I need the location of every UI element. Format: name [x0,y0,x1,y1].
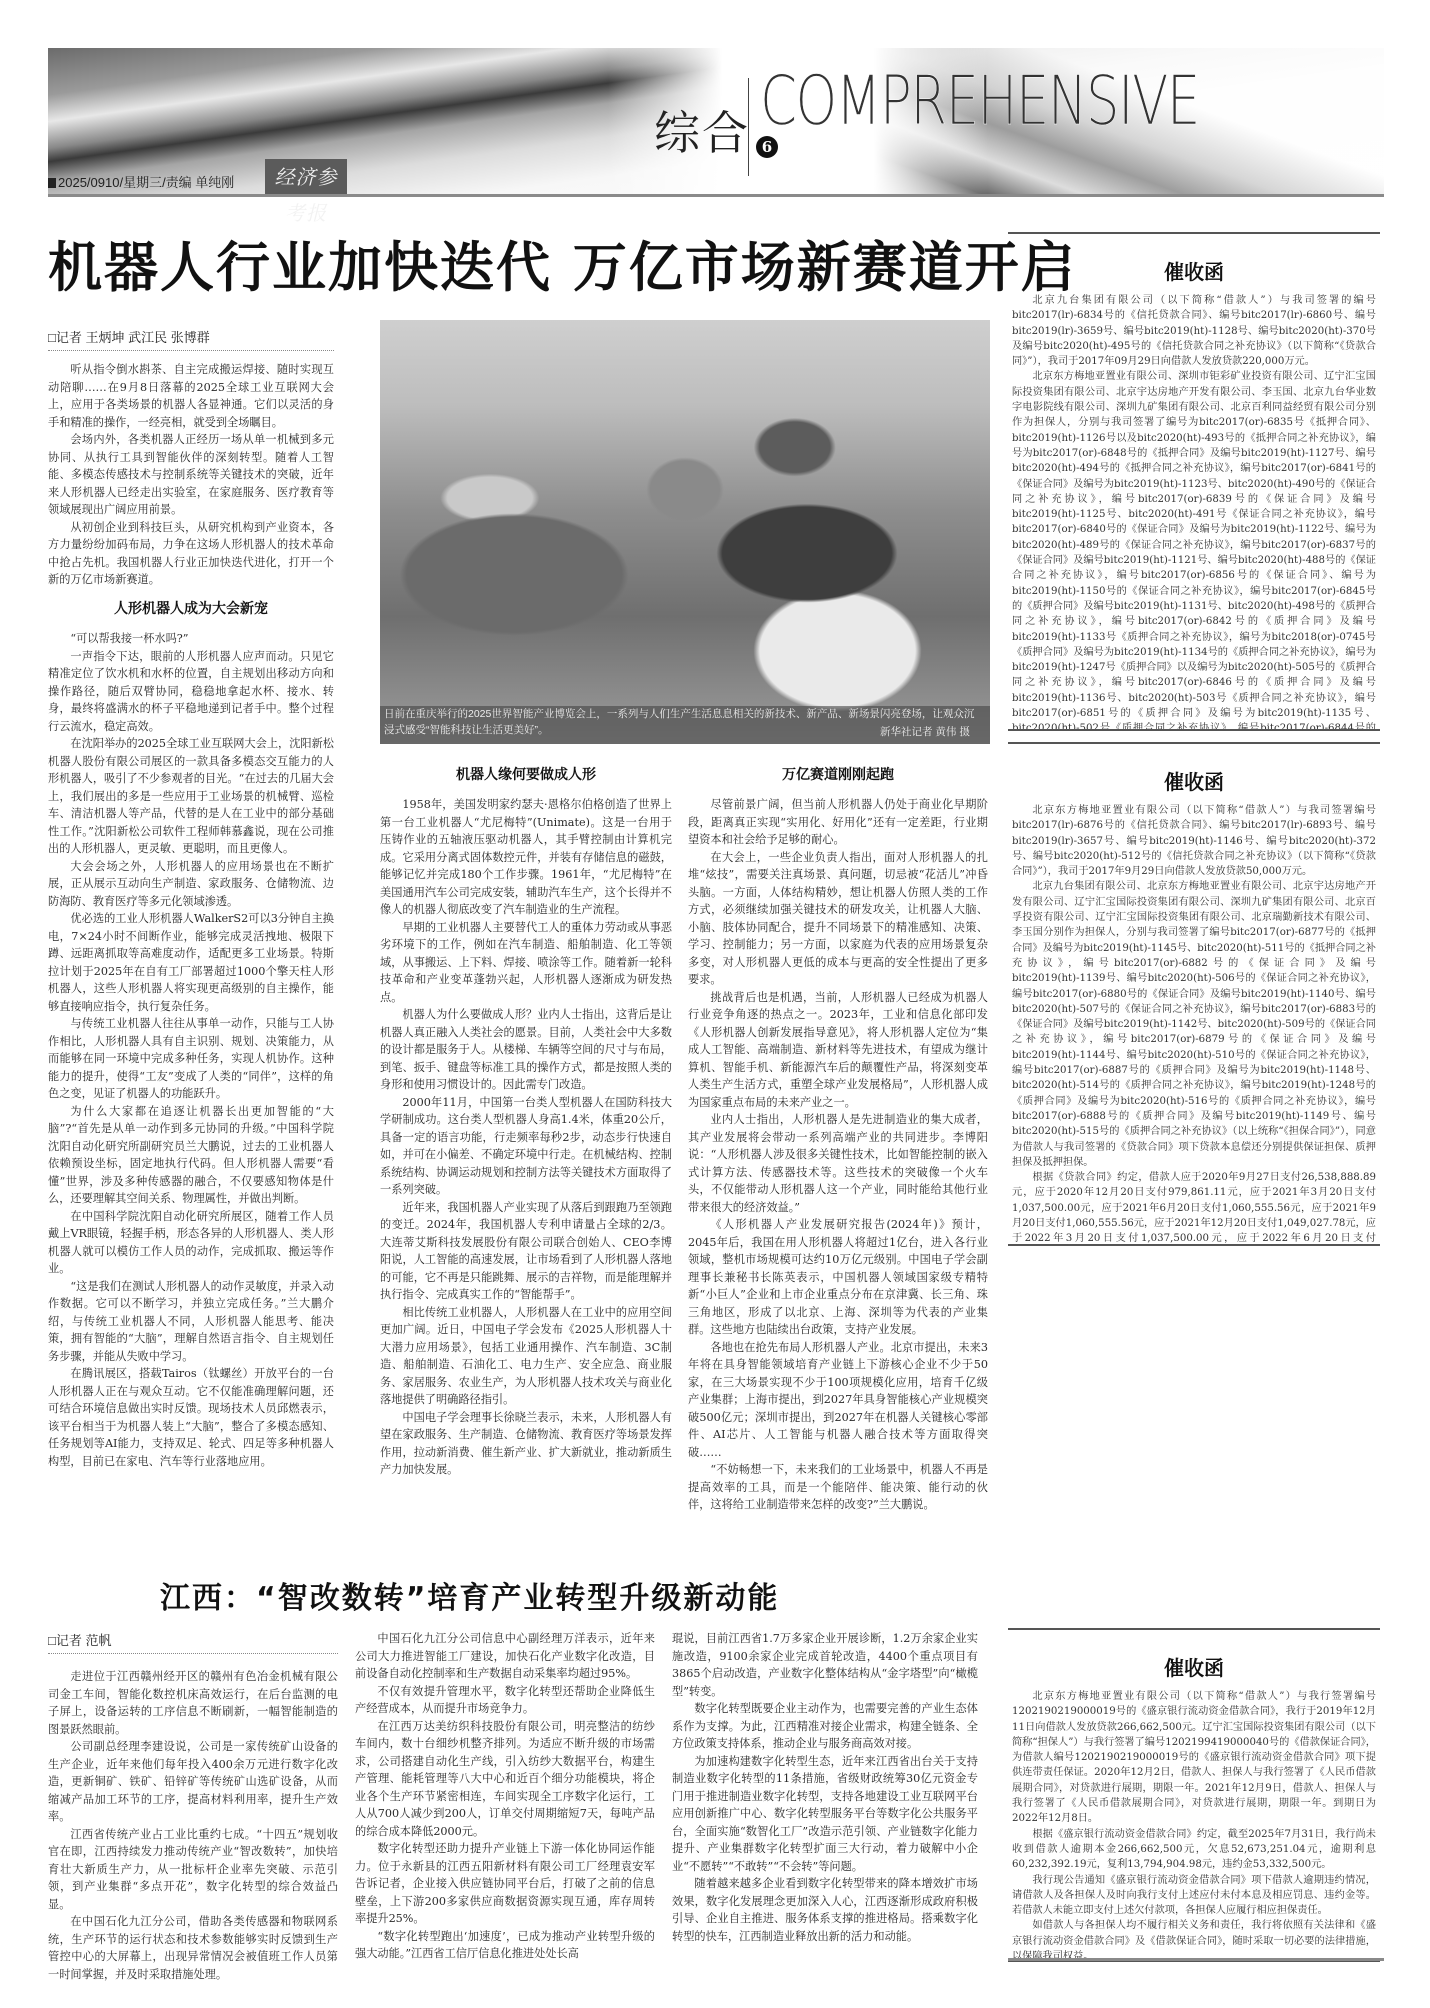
paragraph: 优必选的工业人形机器人WalkerS2可以3分钟自主换电，7×24小时不间断作业… [48,910,334,1015]
section-divider [748,78,749,176]
paragraph: 北京九台集团有限公司（以下简称“借款人”）与我司签署的编号bitc2017(lr… [1012,293,1376,369]
paragraph: 随着越来越多企业看到数字化转型带来的降本增效扩市场效果，数字化发展理念更加深入人… [672,1875,978,1945]
news-photo-robot-handshake [380,320,990,744]
paragraph: 不仅有效提升管理水平，数字化转型还帮助企业降低生产经营成本，从而提升市场竞争力。 [355,1683,655,1718]
photo-credit: 新华社记者 黄伟 摄 [880,724,970,739]
paragraph: 2000年11月，中国第一台类人型机器人在国防科技大学研制成功。这台类人型机器人… [380,1094,672,1199]
subheading: 机器人缘何要做成人形 [380,764,672,784]
paragraph: 北京东方梅地亚置业有限公司（以下简称“借款人”）与我行签署编号120219021… [1012,1689,1376,1827]
paragraph: 在中国石化九江分公司，借助各类传感器和物联网系统，生产环节的运行状态和技术参数能… [48,1913,338,1983]
paragraph: 在江西万达美纺织科技股份有限公司，明亮整洁的纺纱车间内，数十台细纱机整齐排列。为… [355,1718,655,1841]
collection-notice-2: 催收函 北京东方梅地亚置业有限公司（以下简称“借款人”）与我司签署编号bitc2… [1008,742,1380,1246]
paragraph: 琨说，目前江西省1.7万多家企业开展诊断，1.2万余家企业实施改造，9100余家… [672,1630,978,1700]
paragraph: “可以帮我接一杯水吗?” [48,630,334,648]
subheading: 人形机器人成为大会新宠 [48,601,334,619]
paragraph: “这是我们在测试人形机器人的动作灵敏度，并录入动作数据。它可以不断学习，并独立完… [48,1278,334,1366]
paragraph: “数字化转型跑出‘加速度’，已成为推动产业转型升级的强大动能。”江西省工信厅信息… [355,1928,655,1963]
section-title: 综合 [654,97,750,163]
main-headline: 机器人行业加快迭代 万亿市场新赛道开启 [48,225,1077,302]
bottom-rule [1008,1958,1384,1961]
notice-body: 北京九台集团有限公司（以下简称“借款人”）与我司签署的编号bitc2017(lr… [1008,293,1380,731]
paragraph: 一声指令下达，眼前的人形机器人应声而动。只见它精准定位了饮水机和水杯的位置，自主… [48,648,334,736]
paragraph: 北京东方梅地亚置业有限公司（以下简称“借款人”）与我司签署编号bitc2017(… [1012,803,1376,879]
paragraph: 1958年，美国发明家约瑟夫·恩格尔伯格创造了世界上第一台工业机器人“尤尼梅特”… [380,796,672,919]
paragraph: 大会会场之外，人形机器人的应用场景也在不断扩展，正从展示互动向生产制造、家政服务… [48,858,334,911]
article1-col3-body: 尽管前景广阔，但当前人形机器人仍处于商业化早期阶段，距离真正实现“实用化、好用化… [688,796,988,1514]
article1-column-3: 万亿赛道刚刚起跑 尽管前景广阔，但当前人形机器人仍处于商业化早期阶段，距离真正实… [688,760,988,1514]
article2-col1-body: 走进位于江西赣州经开区的赣州有色冶金机械有限公司金工车间，智能化数控机床高效运行… [48,1668,338,1983]
paragraph: “不妨畅想一下，未来我们的工业场景中，机器人不再是提高效率的工具，而是一个能陪伴… [688,1461,988,1514]
notice-title: 催收函 [1008,1652,1380,1681]
paragraph: 听从指令倒水斟茶、自主完成搬运焊接、随时实现互动陪聊……在9月8日落幕的2025… [48,361,334,431]
article2-col2-body: 中国石化九江分公司信息中心副经理万洋表示，近年来公司大力推进智能工厂建设，加快石… [355,1630,655,1963]
article2-col3-body: 琨说，目前江西省1.7万多家企业开展诊断，1.2万余家企业实施改造，9100余家… [672,1630,978,1945]
paragraph: 北京九台集团有限公司、北京东方梅地亚置业有限公司、北京宇达房地产开发有限公司、辽… [1012,879,1376,1170]
paragraph: 中国石化九江分公司信息中心副经理万洋表示，近年来公司大力推进智能工厂建设，加快石… [355,1630,655,1683]
dateline-text: 2025/0910/星期三/责编 单纯刚 [58,175,234,190]
article1-column-2: 机器人缘何要做成人形 1958年，美国发明家约瑟夫·恩格尔伯格创造了世界上第一台… [380,760,672,1479]
paragraph: 为加速构建数字化转型生态，近年来江西省出台关于支持制造业数字化转型的11条措施，… [672,1753,978,1876]
byline: □记者 王炳坤 武江民 张博群 [48,327,334,351]
section-title-english: COMPREHENSIVE [760,62,1199,141]
notice-title: 催收函 [1008,766,1380,795]
paragraph: 中国电子学会理事长徐晓兰表示，未来，人形机器人有望在家政服务、生产制造、仓储物流… [380,1409,672,1479]
paragraph: 早期的工业机器人主要替代工人的重体力劳动或从事恶劣环境下的工作，例如在汽车制造、… [380,919,672,1007]
notice-body: 北京东方梅地亚置业有限公司（以下简称“借款人”）与我司签署编号bitc2017(… [1008,803,1380,1246]
paragraph: 北京东方梅地亚置业有限公司、深圳市钜彩矿业投资有限公司、辽宁汇宝国际投资集团有限… [1012,369,1376,731]
paragraph: 机器人为什么要做成人形？业内人士指出，这背后是让机器人真正融入人类社会的愿景。目… [380,1006,672,1094]
article1-column-1: □记者 王炳坤 武江民 张博群 听从指令倒水斟茶、自主完成搬运焊接、随时实现互动… [48,327,334,1470]
paragraph: 公司副总经理李建设说，公司是一家传统矿山设备的生产企业，近年来他们每年投入400… [48,1738,338,1826]
paragraph: 尽管前景广阔，但当前人形机器人仍处于商业化早期阶段，距离真正实现“实用化、好用化… [688,796,988,849]
notice-body: 北京东方梅地亚置业有限公司（以下简称“借款人”）与我行签署编号120219021… [1008,1689,1380,1962]
paragraph: 为什么大家都在追逐让机器长出更加智能的“大脑”?“首先是从单一动作到多元协同的升… [48,1103,334,1208]
paragraph: 从初创企业到科技巨头，从研究机构到产业资本，各方力量纷纷加码布局，力争在这场人形… [48,519,334,589]
byline: □记者 范帆 [48,1630,338,1654]
paragraph: 数字化转型还助力提升产业链上下游一体化协同运作能力。位于永新县的江西五阳新材料有… [355,1840,655,1928]
paragraph: 如借款人与各担保人均不履行相关义务和责任，我行将依照有关法律和《盛京银行流动资金… [1012,1918,1376,1962]
paragraph: 在中国科学院沈阳自动化研究所展区，随着工作人员戴上VR眼镜，轻握手柄，形态各异的… [48,1208,334,1278]
paragraph: 根据《贷款合同》约定，借款人应于2020年9月27日支付26,538,888.8… [1012,1170,1376,1246]
paragraph: 业内人士指出，人形机器人是先进制造业的集大成者，其产业发展将会带动一系列高端产业… [688,1111,988,1216]
paragraph: 与传统工业机器人往往从事单一动作，只能与工人协作相比，人形机器人具有自主识别、规… [48,1015,334,1103]
paragraph: 挑战背后也是机遇，当前，人形机器人已经成为机器人行业竞争角逐的热点之一。2023… [688,989,988,1112]
subheading: 万亿赛道刚刚起跑 [688,764,988,784]
page-number-badge: 6 [756,136,778,158]
paragraph: 《人形机器人产业发展研究报告(2024年)》预计，2045年后，我国在用人形机器… [688,1216,988,1339]
paragraph: 近年来，我国机器人产业实现了从落后到跟跑乃至领跑的变迁。2024年，我国机器人专… [380,1199,672,1304]
collection-notice-3: 催收函 北京东方梅地亚置业有限公司（以下简称“借款人”）与我行签署编号12021… [1008,1628,1380,1962]
paragraph: 会场内外，各类机器人正经历一场从单一机械到多元协同、从执行工具到智能伙伴的深刻转… [48,431,334,519]
paragraph: 数字化转型既要企业主动作为，也需要完善的产业生态体系作为支撑。为此，江西精准对接… [672,1700,978,1753]
paragraph: 根据《盛京银行流动资金借款合同》约定，截至2025年7月31日，我行尚未收到借款… [1012,1827,1376,1873]
paragraph: 我行现公告通知《盛京银行流动资金借款合同》项下借款人逾期违约情况，请借款人及各担… [1012,1873,1376,1919]
notice-title: 催收函 [1008,256,1380,285]
paragraph: 在大会上，一些企业负责人指出，面对人形机器人的扎堆“炫技”，需要关注真场景、真问… [688,849,988,989]
article1-col1-body: 听从指令倒水斟茶、自主完成搬运焊接、随时实现互动陪聊……在9月8日落幕的2025… [48,361,334,1470]
paragraph: 走进位于江西赣州经开区的赣州有色冶金机械有限公司金工车间，智能化数控机床高效运行… [48,1668,338,1738]
collection-notice-1: 催收函 北京九台集团有限公司（以下简称“借款人”）与我司签署的编号bitc201… [1008,232,1380,731]
paragraph: 各地也在抢先布局人形机器人产业。北京市提出，未来3年将在具身智能领域培育产业链上… [688,1339,988,1462]
article2-column-2: 中国石化九江分公司信息中心副经理万洋表示，近年来公司大力推进智能工厂建设，加快石… [355,1630,655,1963]
paragraph: 江西省传统产业占工业比重约七成。“十四五”规划收官在即，江西持续发力推动传统产业… [48,1826,338,1914]
paragraph: 相比传统工业机器人，人形机器人在工业中的应用空间更加广阔。近日，中国电子学会发布… [380,1304,672,1409]
header-rule [48,194,1384,197]
newspaper-logo: 经济参考报 [265,159,347,195]
article2-headline: 江西：“智改数转”培育产业转型升级新动能 [160,1573,779,1617]
article1-col2-body: 1958年，美国发明家约瑟夫·恩格尔伯格创造了世界上第一台工业机器人“尤尼梅特”… [380,796,672,1479]
article2-column-3: 琨说，目前江西省1.7万多家企业开展诊断，1.2万余家企业实施改造，9100余家… [672,1630,978,1945]
article2-column-1: □记者 范帆 走进位于江西赣州经开区的赣州有色冶金机械有限公司金工车间，智能化数… [48,1630,338,1983]
paragraph: 在腾讯展区，搭载Tairos（钛螺丝）开放平台的一台人形机器人正在与观众互动。它… [48,1365,334,1470]
paragraph: 在沈阳举办的2025全球工业互联网大会上，沈阳新松机器人股份有限公司展区的一款具… [48,735,334,858]
square-bullet-icon [48,178,56,188]
dateline: 2025/0910/星期三/责编 单纯刚 [48,172,234,191]
